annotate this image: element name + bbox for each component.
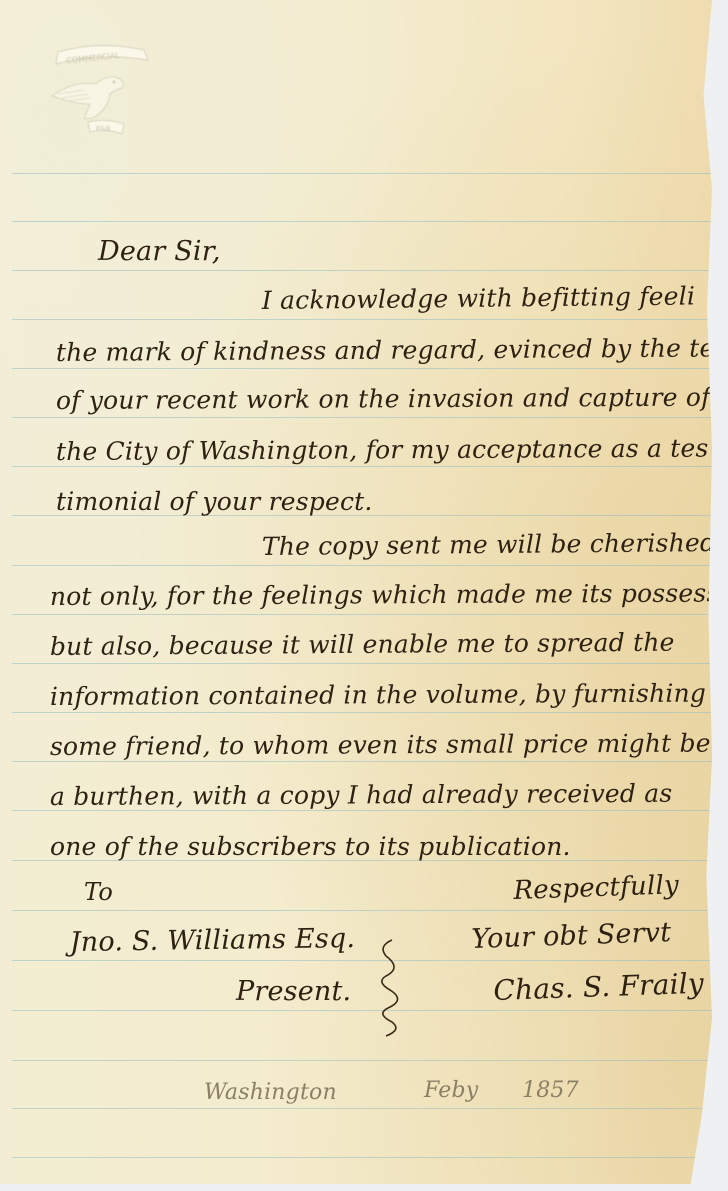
- ruled-line: [12, 270, 712, 271]
- body-line-4: the City of Washington, for my acceptanc…: [56, 434, 709, 466]
- ruled-line: [12, 614, 712, 615]
- body-line-3: of your recent work on the invasion and …: [56, 383, 711, 415]
- body-line-11: a burthen, with a copy I had already rec…: [50, 779, 673, 811]
- body-line-12: one of the subscribers to its publicatio…: [50, 832, 571, 861]
- ruled-line: [12, 663, 712, 664]
- ruled-line: [12, 910, 712, 911]
- ruled-line: [12, 417, 712, 418]
- letter-paper: COMMERCIAL P&B COMMERCIAL P&B Dear Sir, …: [0, 0, 712, 1184]
- embossed-stamp: COMMERCIAL P&B COMMERCIAL P&B: [44, 38, 154, 138]
- body-line-9: information contained in the volume, by …: [50, 679, 706, 711]
- body-line-6: The copy sent me will be cherished,: [262, 528, 712, 561]
- ruled-line: [12, 368, 712, 369]
- salutation: Dear Sir,: [98, 236, 221, 267]
- body-line-2: the mark of kindness and regard, evinced…: [56, 333, 712, 367]
- ruled-line: [12, 712, 712, 713]
- body-line-7: not only, for the feelings which made me…: [50, 578, 712, 611]
- svg-text:P&B: P&B: [96, 125, 111, 133]
- ruled-line: [12, 221, 712, 222]
- body-line-8: but also, because it will enable me to s…: [50, 628, 675, 661]
- closing-servant: Your obt Servt: [471, 917, 672, 955]
- signature: Chas. S. Fraily: [493, 967, 705, 1007]
- ruled-line: [12, 1060, 712, 1061]
- ruled-line: [12, 565, 712, 566]
- dateline-place: Washington: [204, 1080, 337, 1105]
- ruled-line: [12, 1157, 712, 1158]
- address-location: Present.: [236, 976, 351, 1007]
- body-line-1: I acknowledge with befitting feeli: [262, 281, 696, 315]
- brace-flourish-icon: [372, 938, 412, 1038]
- body-line-5: timonial of your respect.: [56, 487, 373, 516]
- dateline-year: 1857: [522, 1078, 579, 1103]
- address-name: Jno. S. Williams Esq.: [70, 923, 356, 958]
- ruled-line: [12, 761, 712, 762]
- ruled-line: [12, 466, 712, 467]
- ruled-line: [12, 960, 712, 961]
- dateline-month: Feby: [424, 1078, 478, 1103]
- address-to: To: [84, 878, 113, 906]
- ruled-line: [12, 173, 712, 174]
- ruled-line: [12, 1108, 712, 1109]
- closing-respectfully: Respectfully: [513, 870, 679, 906]
- eagle-emboss-icon: COMMERCIAL P&B: [44, 38, 154, 138]
- ruled-line: [12, 1010, 712, 1011]
- body-line-10: some friend, to whom even its small pric…: [50, 729, 711, 761]
- ruled-line: [12, 319, 712, 320]
